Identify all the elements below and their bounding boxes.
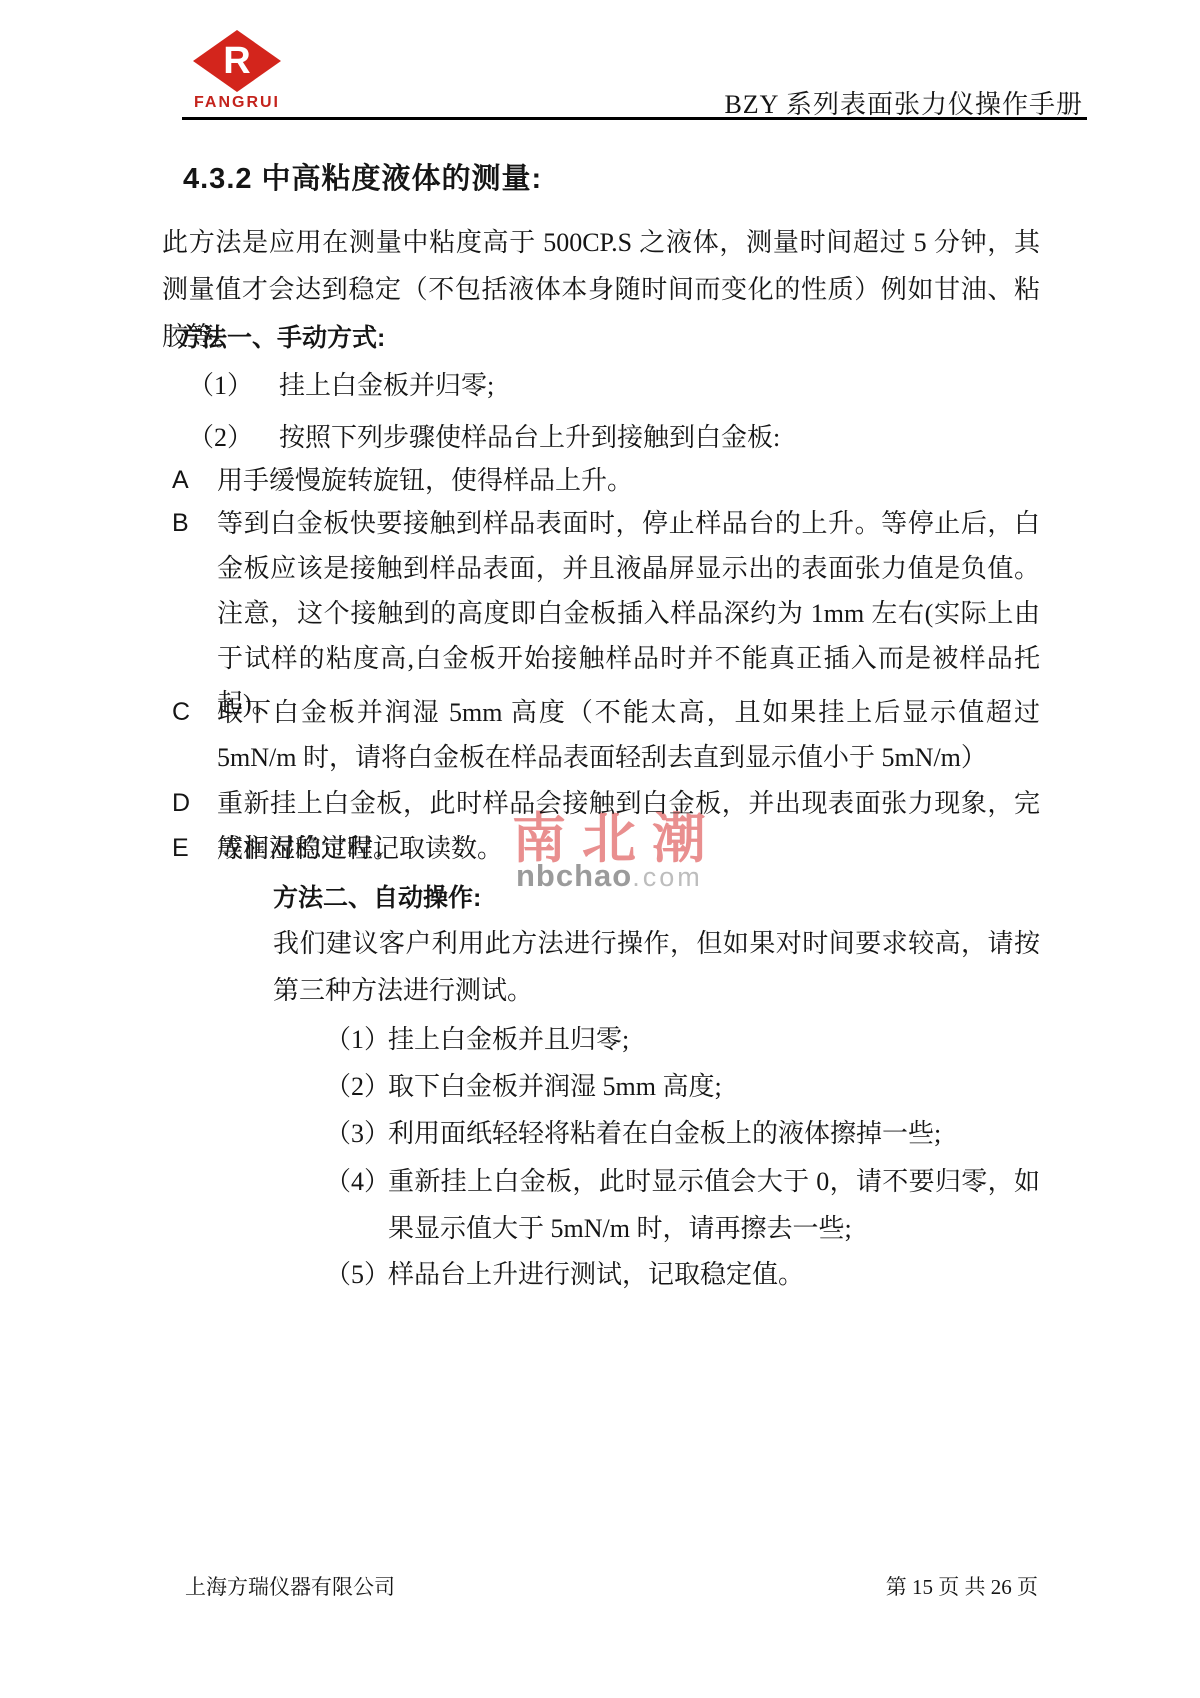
fangrui-logo: R FANGRUI xyxy=(192,30,282,112)
substep-text: 等到白金板快要接触到样品表面时，停止样品台的上升。等停止后，白金板应该是接触到样… xyxy=(217,509,1040,718)
substep-text: 取下白金板并润湿 5mm 高度（不能太高，且如果挂上后显示值超过 5mN/m 时… xyxy=(217,698,1040,772)
substep-label: A xyxy=(172,458,189,503)
step-number: （2） xyxy=(325,1063,390,1110)
substep-label: C xyxy=(172,690,190,735)
step-text: 重新挂上白金板，此时显示值会大于 0，请不要归零，如果显示值大于 5mN/m 时… xyxy=(388,1167,1040,1243)
method2-step-1: （1） 挂上白金板并且归零; xyxy=(325,1016,1040,1063)
step-number: （1） xyxy=(325,1016,390,1063)
step-text: 利用面纸轻轻将粘着在白金板上的液体擦掉一些; xyxy=(388,1119,941,1148)
logo-diamond-icon: R xyxy=(193,30,281,92)
substep-text: 用手缓慢旋转旋钮，使得样品上升。 xyxy=(217,466,633,495)
step-number: （4） xyxy=(325,1158,390,1205)
step-number: （3） xyxy=(325,1110,390,1157)
footer-company: 上海方瑞仪器有限公司 xyxy=(185,1571,395,1601)
method2-intro: 我们建议客户利用此方法进行操作，但如果对时间要求较高，请按第三种方法进行测试。 xyxy=(273,920,1040,1014)
method1-step-2: （2） 按照下列步骤使样品台上升到接触到白金板: xyxy=(188,415,780,460)
substep-text: 等相对稳定时记取读数。 xyxy=(217,834,503,863)
step-text: 挂上白金板并且归零; xyxy=(388,1025,629,1054)
manual-title: BZY 系列表面张力仪操作手册 xyxy=(724,84,1083,121)
step-text: 样品台上升进行测试，记取稳定值。 xyxy=(388,1260,804,1289)
substep-label: E xyxy=(172,826,189,871)
method2-step-5: （5） 样品台上升进行测试，记取稳定值。 xyxy=(325,1251,1040,1298)
substep-label: B xyxy=(172,501,189,546)
step-text: 按照下列步骤使样品台上升到接触到白金板: xyxy=(279,415,780,460)
section-title: 4.3.2 中高粘度液体的测量: xyxy=(183,156,542,197)
method1-substep-e: E 等相对稳定时记取读数。 xyxy=(170,826,1040,871)
logo-letter: R xyxy=(193,30,281,92)
method2-heading: 方法二、自动操作: xyxy=(273,878,481,914)
step-number: （1） xyxy=(188,363,253,408)
method1-heading: 方法一、手动方式: xyxy=(177,318,385,354)
method1-step-1: （1） 挂上白金板并归零; xyxy=(188,363,494,408)
step-text: 挂上白金板并归零; xyxy=(279,363,494,408)
step-number: （5） xyxy=(325,1251,390,1298)
method1-substep-a: A 用手缓慢旋转旋钮，使得样品上升。 xyxy=(170,458,1040,503)
step-number: （2） xyxy=(188,415,253,460)
method2-step-3: （3） 利用面纸轻轻将粘着在白金板上的液体擦掉一些; xyxy=(325,1110,1040,1157)
method1-substep-c: C 取下白金板并润湿 5mm 高度（不能太高，且如果挂上后显示值超过 5mN/m… xyxy=(170,690,1040,780)
footer-page-number: 第 15 页 共 26 页 xyxy=(886,1571,1038,1601)
step-text: 取下白金板并润湿 5mm 高度; xyxy=(388,1072,722,1101)
method2-step-4: （4） 重新挂上白金板，此时显示值会大于 0，请不要归零，如果显示值大于 5mN… xyxy=(325,1158,1040,1252)
header-divider xyxy=(182,117,1087,120)
method2-step-2: （2） 取下白金板并润湿 5mm 高度; xyxy=(325,1063,1040,1110)
logo-brand-text: FANGRUI xyxy=(192,94,282,112)
substep-label: D xyxy=(172,781,190,826)
manual-page: R FANGRUI BZY 系列表面张力仪操作手册 4.3.2 中高粘度液体的测… xyxy=(0,0,1200,1698)
